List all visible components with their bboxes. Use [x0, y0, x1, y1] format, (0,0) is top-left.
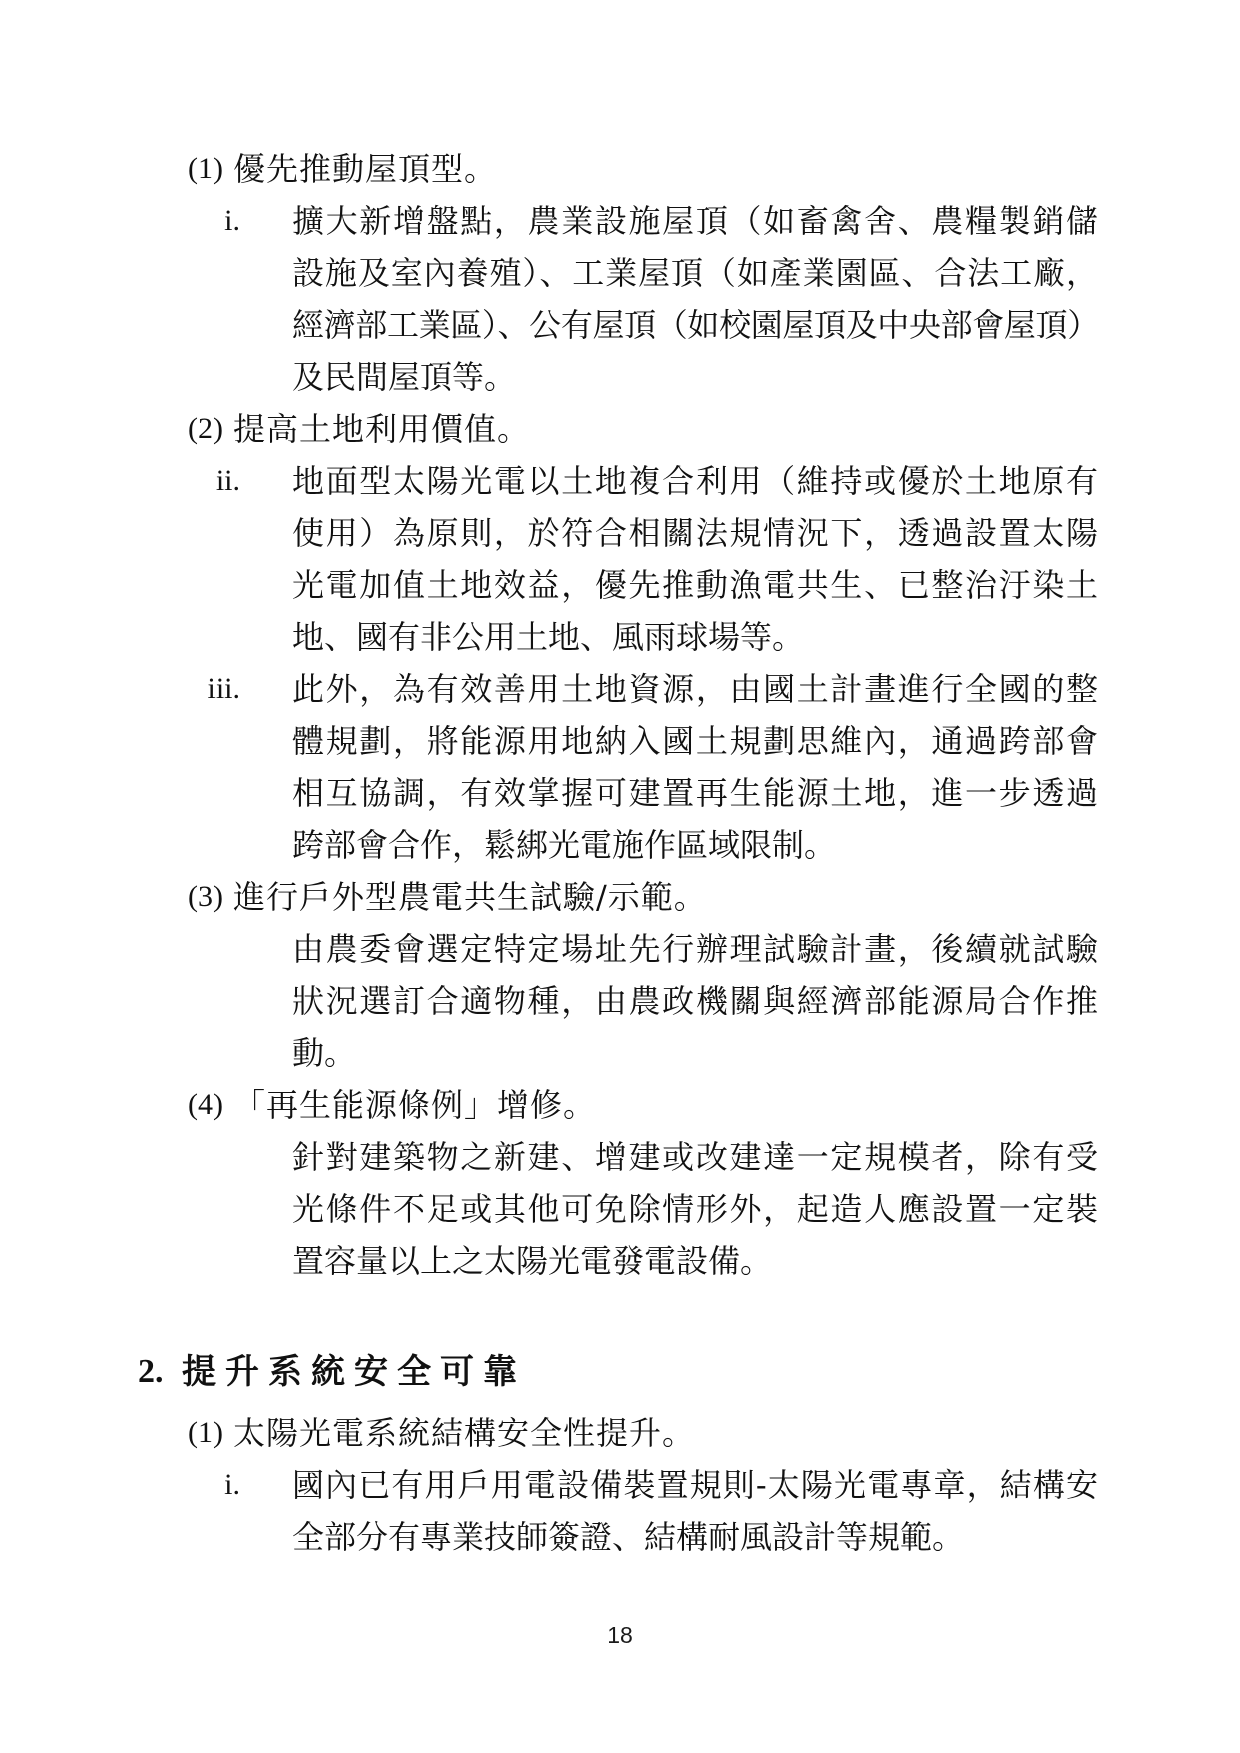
list-title: 進行戶外型農電共生試驗/示範。	[233, 871, 707, 923]
text-line: 動。	[292, 1027, 1098, 1079]
document-content: (1) 優先推動屋頂型。 i. 擴大新增盤點，農業設施屋頂（如畜禽舍、農糧製銷儲…	[0, 143, 1240, 1563]
list-label: (1)	[188, 1407, 223, 1459]
text-line: 擴大新增盤點，農業設施屋頂（如畜禽舍、農糧製銷儲	[292, 195, 1098, 247]
text-line-row: 置容量以上之太陽光電發電設備。	[0, 1235, 1240, 1287]
section-heading: 2. 提升系統安全可靠	[0, 1346, 1240, 1398]
list-title: 太陽光電系統結構安全性提升。	[233, 1407, 695, 1459]
text-line: 光電加值土地效益，優先推動漁電共生、已整治汙染土	[292, 559, 1098, 611]
list-item-1: (1) 優先推動屋頂型。	[0, 143, 1240, 195]
sub-item-ii: ii. 地面型太陽光電以土地複合利用（維持或優於土地原有	[0, 455, 1240, 507]
text-line-row: 光電加值土地效益，優先推動漁電共生、已整治汙染土	[0, 559, 1240, 611]
list-item-s2-1: (1) 太陽光電系統結構安全性提升。	[0, 1407, 1240, 1459]
text-line: 此外，為有效善用土地資源，由國土計畫進行全國的整	[292, 663, 1098, 715]
text-line-row: 全部分有專業技師簽證、結構耐風設計等規範。	[0, 1511, 1240, 1563]
list-label: (1)	[188, 143, 223, 195]
text-line: 置容量以上之太陽光電發電設備。	[292, 1235, 1098, 1287]
item-marker: i.	[148, 1459, 240, 1511]
text-line-row: 體規劃，將能源用地納入國土規劃思維內，通過跨部會	[0, 715, 1240, 767]
text-line-row: 跨部會合作，鬆綁光電施作區域限制。	[0, 819, 1240, 871]
text-line: 全部分有專業技師簽證、結構耐風設計等規範。	[292, 1511, 1098, 1563]
text-line: 跨部會合作，鬆綁光電施作區域限制。	[292, 819, 1098, 871]
section-title: 提升系統安全可靠	[182, 1346, 526, 1398]
list-label: (3)	[188, 871, 223, 923]
text-line-row: 使用）為原則，於符合相關法規情況下，透過設置太陽	[0, 507, 1240, 559]
list-item-3: (3) 進行戶外型農電共生試驗/示範。	[0, 871, 1240, 923]
text-line-row: 相互協調，有效掌握可建置再生能源土地，進一步透過	[0, 767, 1240, 819]
text-line: 使用）為原則，於符合相關法規情況下，透過設置太陽	[292, 507, 1098, 559]
page-number: 18	[0, 1620, 1240, 1650]
item-marker: ii.	[148, 455, 240, 507]
text-line-row: 動。	[0, 1027, 1240, 1079]
list-title: 「再生能源條例」增修。	[233, 1079, 596, 1131]
text-line-row: 及民間屋頂等。	[0, 351, 1240, 403]
text-line: 光條件不足或其他可免除情形外，起造人應設置一定裝	[292, 1183, 1098, 1235]
list-label: (2)	[188, 403, 223, 455]
list-item-4: (4) 「再生能源條例」增修。	[0, 1079, 1240, 1131]
text-line-row: 由農委會選定特定場址先行辦理試驗計畫，後續就試驗	[0, 923, 1240, 975]
section-number: 2.	[138, 1346, 164, 1398]
text-line-row: 光條件不足或其他可免除情形外，起造人應設置一定裝	[0, 1183, 1240, 1235]
text-line: 及民間屋頂等。	[292, 351, 1098, 403]
list-label: (4)	[188, 1079, 223, 1131]
list-item-2: (2) 提高土地利用價值。	[0, 403, 1240, 455]
text-line-row: 針對建築物之新建、增建或改建達一定規模者，除有受	[0, 1131, 1240, 1183]
text-line-row: 設施及室內養殖）、工業屋頂（如產業園區、合法工廠，	[0, 247, 1240, 299]
text-line-row: 地、國有非公用土地、風雨球場等。	[0, 611, 1240, 663]
text-line: 狀況選訂合適物種，由農政機關與經濟部能源局合作推	[292, 975, 1098, 1027]
text-line: 設施及室內養殖）、工業屋頂（如產業園區、合法工廠，	[292, 247, 1098, 299]
sub-item-i: i. 擴大新增盤點，農業設施屋頂（如畜禽舍、農糧製銷儲	[0, 195, 1240, 247]
text-line: 經濟部工業區）、公有屋頂（如校園屋頂及中央部會屋頂）	[292, 299, 1098, 351]
text-line: 地面型太陽光電以土地複合利用（維持或優於土地原有	[292, 455, 1098, 507]
text-line-row: 經濟部工業區）、公有屋頂（如校園屋頂及中央部會屋頂）	[0, 299, 1240, 351]
text-line: 地、國有非公用土地、風雨球場等。	[292, 611, 1098, 663]
list-title: 優先推動屋頂型。	[233, 143, 497, 195]
item-marker: iii.	[148, 663, 240, 715]
text-line: 體規劃，將能源用地納入國土規劃思維內，通過跨部會	[292, 715, 1098, 767]
sub-item-iii: iii. 此外，為有效善用土地資源，由國土計畫進行全國的整	[0, 663, 1240, 715]
list-title: 提高土地利用價值。	[233, 403, 530, 455]
text-line: 相互協調，有效掌握可建置再生能源土地，進一步透過	[292, 767, 1098, 819]
document-page: (1) 優先推動屋頂型。 i. 擴大新增盤點，農業設施屋頂（如畜禽舍、農糧製銷儲…	[0, 0, 1240, 1753]
text-line-row: 狀況選訂合適物種，由農政機關與經濟部能源局合作推	[0, 975, 1240, 1027]
sub-item-i2: i. 國內已有用戶用電設備裝置規則-太陽光電專章，結構安	[0, 1459, 1240, 1511]
item-marker: i.	[148, 195, 240, 247]
text-line: 國內已有用戶用電設備裝置規則-太陽光電專章，結構安	[292, 1459, 1098, 1511]
text-line: 由農委會選定特定場址先行辦理試驗計畫，後續就試驗	[292, 923, 1098, 975]
text-line: 針對建築物之新建、增建或改建達一定規模者，除有受	[292, 1131, 1098, 1183]
